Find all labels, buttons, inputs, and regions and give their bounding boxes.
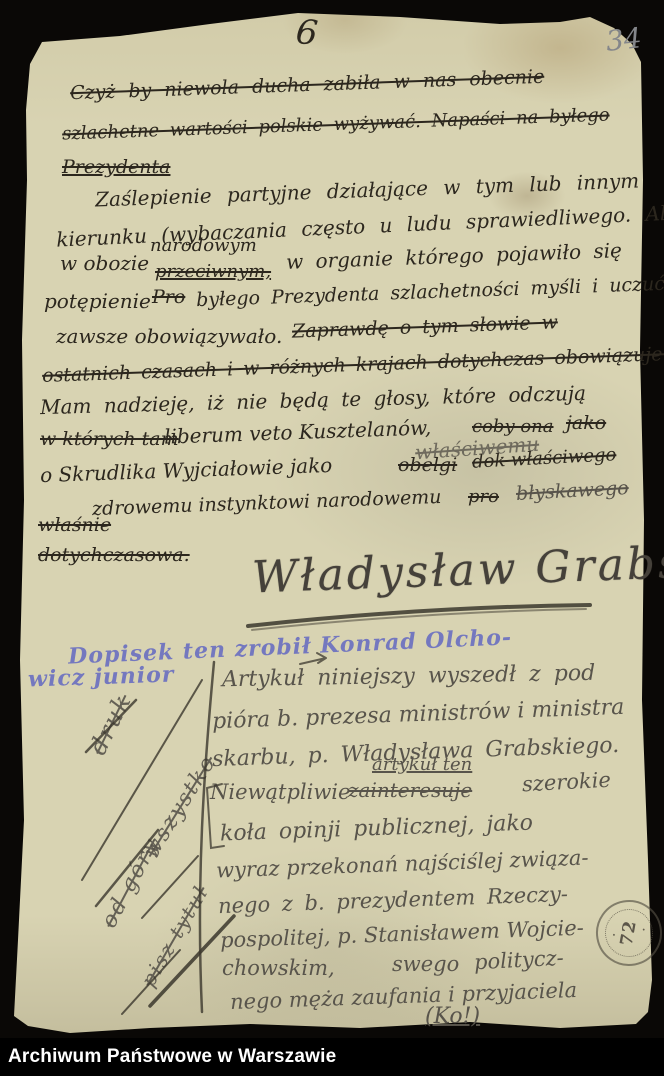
pencil-line-9b: swego	[392, 954, 459, 975]
ink-struck-line-12: dotychczasowa.	[38, 546, 190, 565]
pencil-line-4a: Niewątpliwie	[210, 782, 350, 803]
ink-line-8d-struck: jako	[566, 414, 606, 433]
archive-caption-bar: Archiwum Państwowe w Warszawie	[0, 1038, 664, 1076]
pencil-line-11: (Ko!)	[425, 1006, 480, 1028]
pencil-line-9a: chowskim,	[222, 958, 335, 979]
pencil-line-4c-struck: zainteresuje	[348, 780, 472, 800]
ink-line-3b-insert: narodowym	[150, 237, 257, 255]
pencil-line-4d: szerokie	[522, 770, 612, 796]
ink-line-3c-struck: przeciwnym,	[155, 263, 271, 281]
ink-line-5a: zawsze obowiązywało.	[56, 326, 282, 346]
ink-struck-line-3: Prezydenta	[62, 158, 170, 177]
pencil-line-4b-insert: artykuł ten	[372, 756, 472, 774]
ink-line-3a: w obozie	[60, 253, 149, 273]
ink-line-9b-struck: obelgi	[398, 456, 457, 475]
blue-note-line-2: wicz junior	[28, 663, 175, 690]
ink-line-8a-struck: w których tam	[40, 430, 179, 449]
ink-line-4a: potępienie	[44, 291, 151, 311]
ink-struck-line-11: właśnie	[38, 516, 111, 535]
archive-caption: Archiwum Państwowe w Warszawie	[8, 1046, 336, 1068]
ink-line-10b-struck: pro	[468, 488, 499, 506]
pencil-line-9c: politycz-	[474, 948, 565, 974]
folio-number: 34	[605, 24, 643, 56]
ink-line-4b-struck: Pro	[152, 288, 185, 307]
scanned-document-viewer: 6 34 Czyż by niewola ducha zabiła w nas …	[0, 0, 664, 1076]
page-number: 6	[294, 15, 319, 51]
